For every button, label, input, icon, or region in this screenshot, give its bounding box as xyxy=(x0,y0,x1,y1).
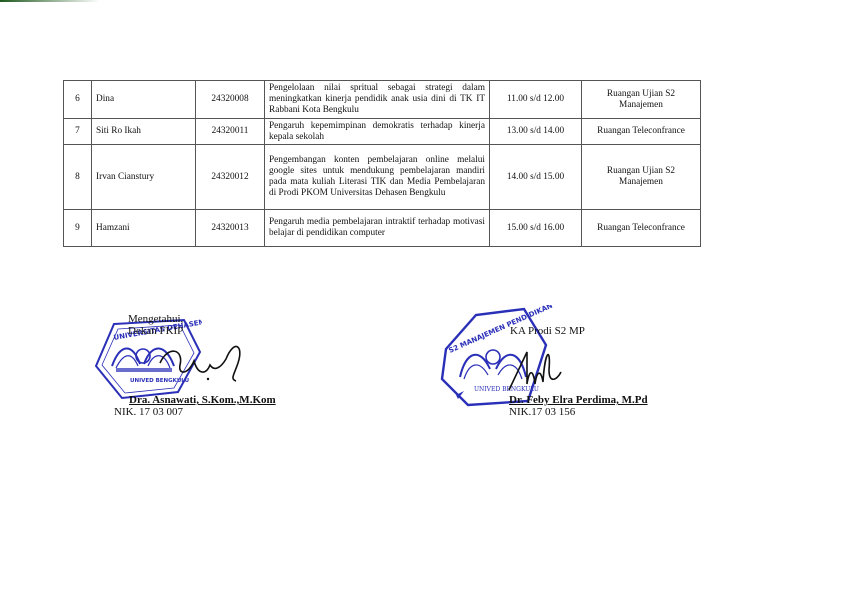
table-row: 8 Irvan Cianstury 24320012 Pengembangan … xyxy=(64,145,701,210)
table-row: 7 Siti Ro Ikah 24320011 Pengaruh kepemim… xyxy=(64,119,701,145)
student-name: Dina xyxy=(92,81,196,119)
exam-room: Ruangan Teleconfrance xyxy=(582,119,701,145)
thesis-title: Pengembangan konten pembelajaran online … xyxy=(265,145,490,210)
exam-time: 11.00 s/d 12.00 xyxy=(490,81,582,119)
student-name: Siti Ro Ikah xyxy=(92,119,196,145)
signature-left-icon xyxy=(150,335,250,390)
table-row: 6 Dina 24320008 Pengelolaan nilai spritu… xyxy=(64,81,701,119)
signer-position: KA Prodi S2 MP xyxy=(510,325,585,337)
signer-name-block-right: Dr. Feby Elra Perdima, M.Pd NIK.17 03 15… xyxy=(509,394,648,418)
exam-time: 14.00 s/d 15.00 xyxy=(490,145,582,210)
student-id: 24320013 xyxy=(196,210,265,247)
exam-time: 13.00 s/d 14.00 xyxy=(490,119,582,145)
row-number: 7 xyxy=(64,119,92,145)
signer-nik: NIK. 17 03 007 xyxy=(114,406,276,418)
signer-name-block-left: Dra. Asnawati, S.Kom.,M.Kom NIK. 17 03 0… xyxy=(129,394,276,418)
student-name: Irvan Cianstury xyxy=(92,145,196,210)
signature-right-icon xyxy=(505,340,565,395)
thesis-title: Pengaruh kepemimpinan demokratis terhada… xyxy=(265,119,490,145)
student-id: 24320012 xyxy=(196,145,265,210)
table-row: 9 Hamzani 24320013 Pengaruh media pembel… xyxy=(64,210,701,247)
row-number: 6 xyxy=(64,81,92,119)
student-name: Hamzani xyxy=(92,210,196,247)
exam-room: Ruangan Teleconfrance xyxy=(582,210,701,247)
exam-schedule-table: 6 Dina 24320008 Pengelolaan nilai spritu… xyxy=(63,80,701,247)
student-id: 24320008 xyxy=(196,81,265,119)
row-number: 9 xyxy=(64,210,92,247)
signer-name: Dra. Asnawati, S.Kom.,M.Kom xyxy=(129,394,276,406)
signer-name: Dr. Feby Elra Perdima, M.Pd xyxy=(509,394,648,406)
signature-block-left: Mengetahui, Dekan FKIP xyxy=(128,313,183,337)
signer-nik: NIK.17 03 156 xyxy=(509,406,648,418)
thesis-title: Pengaruh media pembelajaran intraktif te… xyxy=(265,210,490,247)
scan-edge-line xyxy=(0,0,100,2)
thesis-title: Pengelolaan nilai spritual sebagai strat… xyxy=(265,81,490,119)
row-number: 8 xyxy=(64,145,92,210)
signature-block-right: KA Prodi S2 MP xyxy=(510,325,585,337)
signer-position: Dekan FKIP xyxy=(128,325,183,337)
acknowledgement-label: Mengetahui, xyxy=(128,313,183,325)
student-id: 24320011 xyxy=(196,119,265,145)
exam-room: Ruangan Ujian S2 Manajemen xyxy=(582,145,701,210)
exam-room: Ruangan Ujian S2 Manajemen xyxy=(582,81,701,119)
exam-time: 15.00 s/d 16.00 xyxy=(490,210,582,247)
